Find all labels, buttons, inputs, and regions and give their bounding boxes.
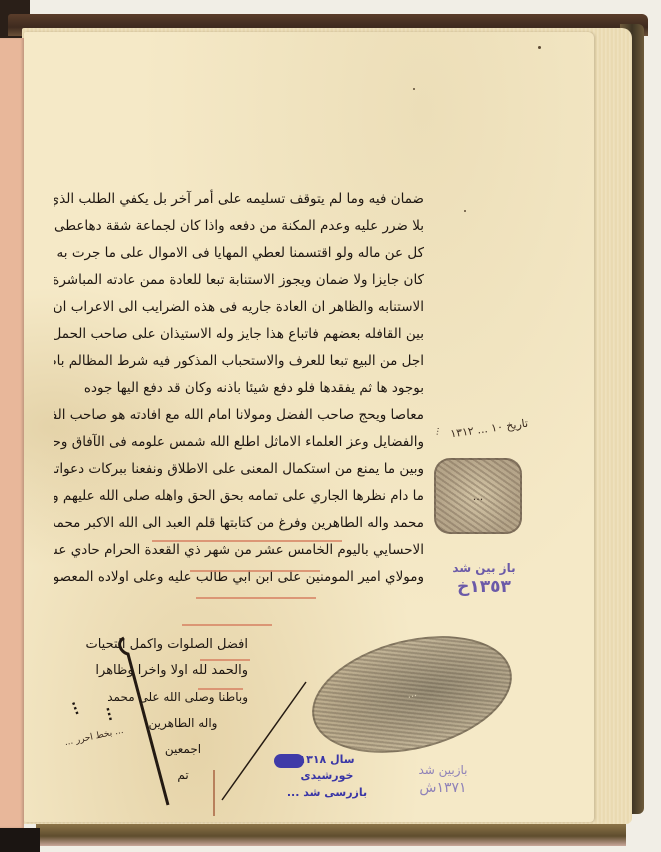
colophon-line: والحمد لله اولا واخرا وظاهرا — [118, 658, 248, 684]
margin-note-small: ... — [431, 426, 442, 436]
book-cover-bottom-edge — [36, 824, 626, 846]
text-line: بلا ضرر عليه وعدم المكنة من دفعه واذا كا… — [54, 213, 424, 240]
paper-spot — [538, 46, 541, 49]
colophon-line: واله الطاهرين — [118, 710, 248, 736]
stamp-number: ١٣٥٣خ — [444, 576, 524, 598]
main-text-block: ضمان فيه وما لم يتوقف تسليمه على أمر آخر… — [54, 186, 424, 591]
text-line: بين القافله بعضهم فاتباع هذا جايز وله ال… — [54, 321, 424, 348]
rubric-overline — [190, 570, 320, 572]
text-line: والفضايل وعز العلماء الاماثل اطلع الله ش… — [54, 429, 424, 456]
inspection-stamp-faded: بازبين شد ١٣٧١ش — [404, 762, 482, 798]
pink-endpaper-flap — [0, 38, 24, 828]
text-line: محمد واله الطاهرين وفرغ من كتابتها قلم ا… — [54, 510, 424, 537]
text-line: معاصا ويحج صاحب الفضل ومولانا امام الله … — [54, 402, 424, 429]
text-line: الاستنابه والظاهر ان العادة جاريه فى هذه… — [54, 294, 424, 321]
colophon-line: وباطنا وصلى الله على محمد — [118, 684, 248, 710]
rubric-overline — [196, 597, 316, 599]
text-line: بوجود ها ثم يفقدها فلو دفع شيئا باذنه وك… — [54, 375, 424, 402]
colophon-line: افضل الصلوات واكمل التحيات — [118, 632, 248, 658]
text-line: كل عن ماله ولو اقتسمنا لعطي المهايا فى ا… — [54, 240, 424, 267]
square-seal-text: ... — [473, 490, 484, 503]
colophon-block: افضل الصلوات واكمل التحيات والحمد لله او… — [118, 632, 248, 788]
inspection-stamp-blue: سال ١٣١٨ خورشيدى بازرسى شد ... — [272, 752, 382, 802]
text-line: ما دام نظرها الجاري على تمامه بحق الحق و… — [54, 483, 424, 510]
ink-blob — [274, 754, 304, 768]
stamp-number: ١٣٧١ش — [404, 778, 482, 798]
paper-spot — [464, 210, 466, 212]
colophon-line: اجمعين — [118, 736, 248, 762]
background-corner-bottom — [0, 828, 40, 852]
text-line: وبين ما يمنع من استكمال المعنى على الاطل… — [54, 456, 424, 483]
text-line: ضمان فيه وما لم يتوقف تسليمه على أمر آخر… — [54, 186, 424, 213]
text-line: كان جايزا ولا ضمان ويجوز الاستنابة تبعا … — [54, 267, 424, 294]
square-seal-impression: ... — [434, 458, 522, 534]
oval-seal-text: ... — [406, 688, 418, 701]
text-line: ومولاي امير المومنين على ابن ابي طالب عل… — [54, 564, 424, 591]
paper-spot — [413, 88, 415, 90]
stamp-line: بازبين شد — [404, 762, 482, 778]
colophon-line: تم — [118, 762, 248, 788]
stamp-line: بازرسى شد ... — [272, 784, 382, 802]
inspection-stamp-purple: باز بين شد ١٣٥٣خ — [444, 560, 524, 598]
rubric-overline — [182, 624, 272, 626]
rubric-overline — [152, 540, 342, 542]
stamp-line: باز بين شد — [444, 560, 524, 576]
text-line: اجل من البيع تبعا للعرف والاستحباب المذك… — [54, 348, 424, 375]
